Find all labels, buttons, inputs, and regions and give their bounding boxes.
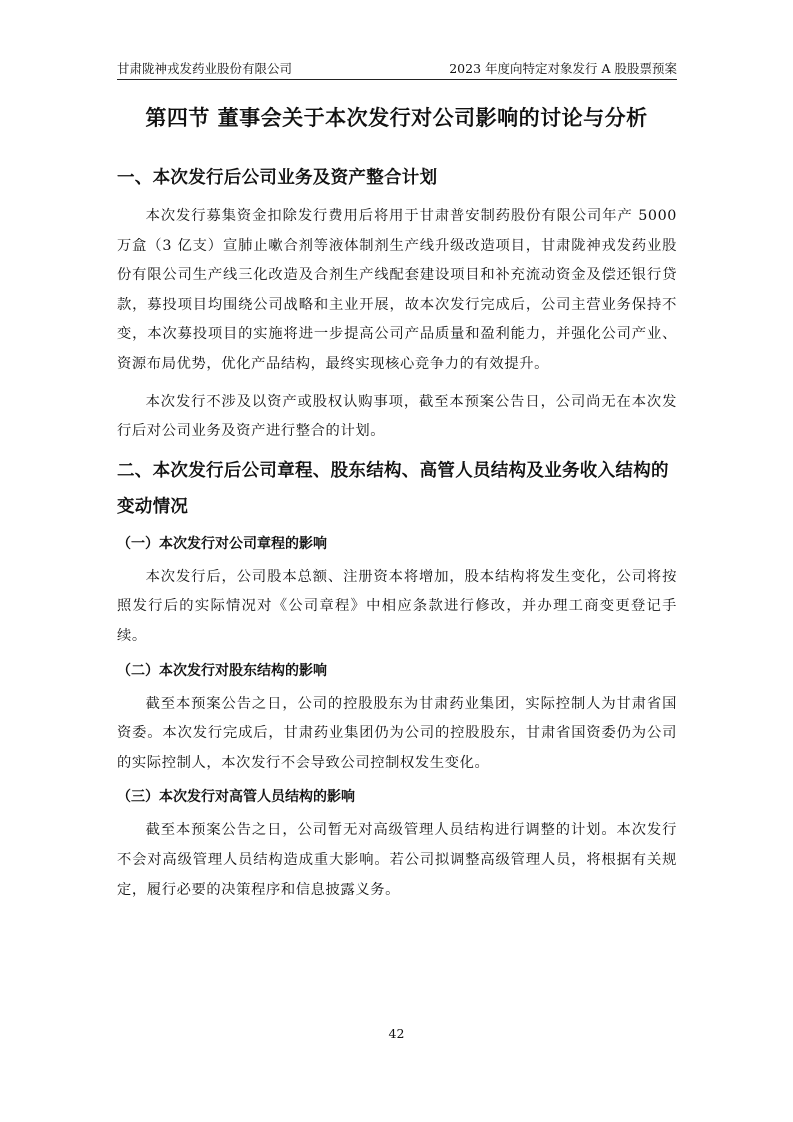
subsection-heading-2: （二）本次发行对股东结构的影响 [117,656,677,686]
page-header: 甘肃陇神戎发药业股份有限公司 2023 年度向特定对象发行 A 股股票预案 [117,55,677,80]
section-heading-1: 一、本次发行后公司业务及资产整合计划 [117,160,677,196]
page-number: 42 [0,1026,793,1041]
document-body: 一、本次发行后公司业务及资产整合计划 本次发行募集资金扣除发行费用后将用于甘肃普… [117,160,677,905]
header-document-title: 2023 年度向特定对象发行 A 股股票预案 [449,59,677,77]
header-company-name: 甘肃陇神戎发药业股份有限公司 [117,59,292,77]
paragraph: 截至本预案公告之日，公司暂无对高级管理人员结构进行调整的计划。本次发行不会对高级… [117,816,677,905]
paragraph: 本次发行后，公司股本总额、注册资本将增加，股本结构将发生变化，公司将按照发行后的… [117,563,677,652]
subsection-heading-1: （一）本次发行对公司章程的影响 [117,529,677,559]
section-heading-2: 二、本次发行后公司章程、股东结构、高管人员结构及业务收入结构的变动情况 [117,453,677,525]
chapter-title: 第四节 董事会关于本次发行对公司影响的讨论与分析 [0,102,793,132]
paragraph: 本次发行募集资金扣除发行费用后将用于甘肃普安制药股份有限公司年产 5000 万盒… [117,202,677,380]
paragraph: 本次发行不涉及以资产或股权认购事项，截至本预案公告日，公司尚无在本次发行后对公司… [117,388,677,447]
paragraph: 截至本预案公告之日，公司的控股股东为甘肃药业集团，实际控制人为甘肃省国资委。本次… [117,690,677,779]
subsection-heading-3: （三）本次发行对高管人员结构的影响 [117,782,677,812]
